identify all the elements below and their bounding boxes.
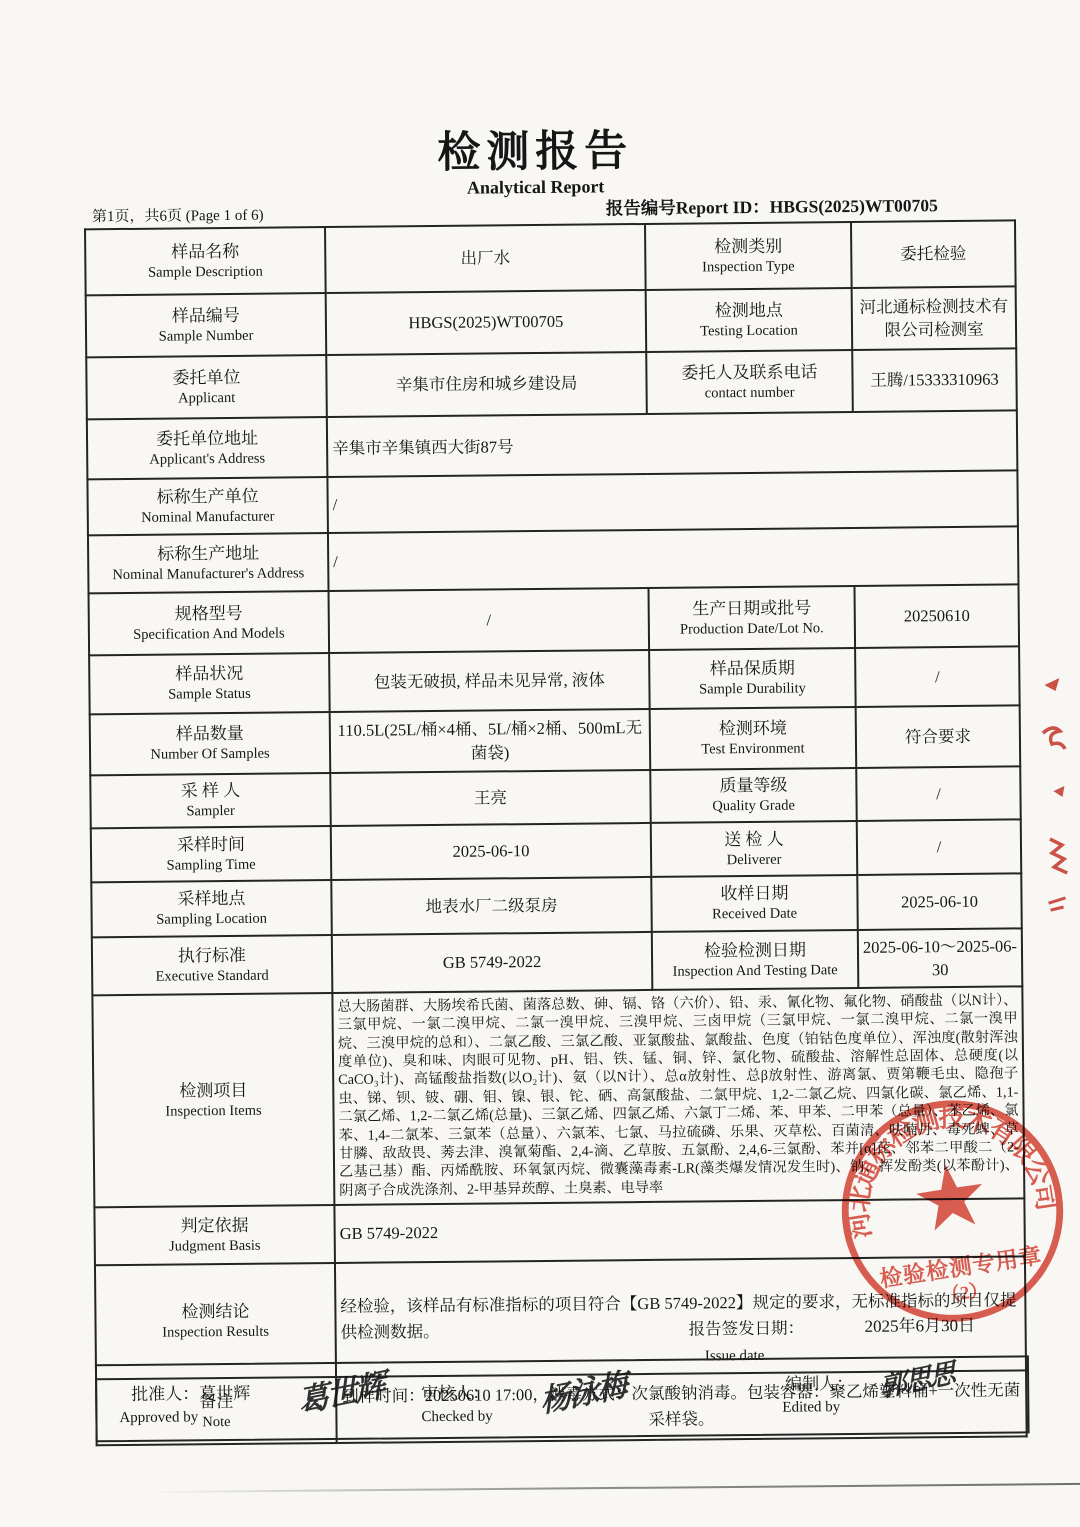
company-seal-stamp: 河北通标检测技术有限公司 检验检测专用章 （2） [819,1078,1080,1344]
label-cn: 样品编号 [91,304,321,329]
label-en: Sample Status [94,685,324,705]
seal-star [913,1160,988,1233]
value-cell: 出厂水 [325,224,646,293]
editor-label-en: Edited by [782,1399,840,1417]
label-cell: 生产日期或批号 Production Date/Lot No. [648,586,855,650]
row-sampling-time: 采样时间 Sampling Time 2025-06-10 送 检 人 Deli… [91,819,1021,882]
label-cell: 样品名称 Sample Description [85,227,326,295]
approver-label: 批准人：葛世辉 [131,1379,250,1405]
label-cn: 标称生产地址 [93,542,323,567]
label-cn: 执行标准 [97,944,327,969]
value-cell: 110.5L(25L/桶×4桶、5L/桶×2桶、500mL无菌袋) [330,709,651,773]
label-en: Deliverer [656,851,852,871]
label-en: Received Date [657,905,853,925]
label-cn: 检测项目 [98,1079,328,1104]
label-cn: 样品状况 [94,662,324,687]
label-cell: 样品状况 Sample Status [89,653,330,714]
stamp-fragment [1053,786,1064,797]
label-en: Sample Durability [654,680,850,700]
label-en: Inspection Results [101,1323,331,1343]
label-cell: 样品数量 Number Of Samples [90,712,331,775]
row-nominal-manufacturer-address: 标称生产地址 Nominal Manufacturer's Address / [88,526,1019,593]
label-cell: 标称生产单位 Nominal Manufacturer [87,477,328,535]
label-cell: 执行标准 Executive Standard [92,935,333,995]
label-en: Quality Grade [656,797,852,817]
label-cell: 检测类别 Inspection Type [645,222,852,290]
label-en: Applicant [92,389,322,409]
label-cn: 规格型号 [94,602,324,627]
label-en: Inspection Type [650,258,846,278]
label-cell: 样品保质期 Sample Durability [649,648,856,709]
value-cell: GB 5749-2022 [332,932,653,993]
label-cn: 判定依据 [99,1214,329,1239]
seal-number-text: （2） [940,1280,989,1308]
label-cell: 委托人及联系电话 contact number [646,350,853,414]
label-en: Testing Location [651,322,847,342]
label-cell: 质量等级 Quality Grade [650,768,856,823]
value-cell: 2025-06-10 [331,823,652,880]
label-cn: 样品数量 [95,722,325,747]
label-cell: 采样地点 Sampling Location [91,880,332,937]
value-cell: 地表水厂二级泵房 [331,877,652,935]
value-cell: 包装无破损, 样品未见异常, 液体 [329,650,650,712]
value-cell: 王腾/15333310963 [852,348,1017,412]
label-en: Specification And Models [94,625,324,645]
value-cell: 2025-06-10 [857,873,1022,930]
value-cell: 河北通标检测技术有限公司检测室 [852,286,1017,350]
label-cn: 标称生产单位 [92,485,322,510]
label-en: Sampling Time [96,856,326,876]
label-cn: 收样日期 [656,882,852,907]
row-sample-status: 样品状况 Sample Status 包装无破损, 样品未见异常, 液体 样品保… [89,646,1020,714]
checker-label-en: Checked by [421,1408,492,1426]
label-en: Nominal Manufacturer [93,508,323,528]
label-cn: 委托人及联系电话 [651,361,847,386]
value-cell: 王亮 [330,770,650,826]
approver-signature: 葛世辉 [296,1359,386,1421]
label-cn: 检验检测日期 [657,939,853,964]
label-en: Applicant's Address [92,450,322,470]
value-cell: / [857,819,1022,875]
edge-stamp-fragments [1022,671,1080,924]
stamp-fragment [1043,728,1065,749]
label-cn: 委托单位 [91,366,321,391]
label-cell: 采样时间 Sampling Time [91,826,332,882]
label-cell: 采 样 人 Sampler [90,773,330,828]
row-applicant-address: 委托单位地址 Applicant's Address 辛集市辛集镇西大街87号 [87,410,1018,479]
row-sampling-location: 采样地点 Sampling Location 地表水厂二级泵房 收样日期 Rec… [91,873,1021,937]
report-id: 报告编号Report ID：HBGS(2025)WT00705 [606,192,938,220]
row-nominal-manufacturer: 标称生产单位 Nominal Manufacturer / [87,470,1017,535]
label-cn: 采样时间 [96,833,326,858]
label-cell: 送 检 人 Deliverer [651,821,858,877]
value-cell: / [329,588,650,653]
label-cn: 委托单位地址 [92,427,322,452]
label-cn: 检测结论 [100,1300,330,1325]
value-cell: / [856,766,1021,821]
value-cell: / [328,526,1019,591]
label-en: Judgment Basis [100,1237,330,1257]
label-cell: 检测地点 Testing Location [646,288,853,352]
value-cell: 辛集市住房和城乡建设局 [326,352,647,417]
value-cell: 辛集市辛集镇西大街87号 [327,410,1018,477]
stamp-fragment [1048,898,1065,910]
label-cn: 送 检 人 [656,828,852,853]
label-en: Sampler [96,802,326,822]
value-cell: HBGS(2025)WT00705 [326,290,647,355]
label-cell: 判定依据 Judgment Basis [94,1205,335,1265]
label-cn: 生产日期或批号 [654,597,850,622]
label-cell: 收样日期 Received Date [651,875,858,932]
issue-date-label: 报告签发日期： [688,1315,804,1342]
value-cell: / [327,470,1018,533]
label-en: Inspection Items [98,1102,328,1122]
label-cn: 样品名称 [90,240,320,265]
label-en: Test Environment [655,740,851,760]
label-cell: 委托单位 Applicant [86,355,327,419]
label-cell: 委托单位地址 Applicant's Address [87,417,328,479]
label-cn: 质量等级 [655,774,851,799]
label-cn: 采 样 人 [95,779,325,804]
label-cell: 标称生产地址 Nominal Manufacturer's Address [88,533,329,593]
checker-label: 审核人： [421,1379,489,1405]
page-number: 第1页，共6页 (Page 1 of 6) [92,204,264,227]
value-cell: 2025-06-10～2025-06-30 [858,928,1023,988]
row-sample-number: 样品编号 Sample Number HBGS(2025)WT00705 检测地… [86,286,1017,357]
row-sample-description: 样品名称 Sample Description 出厂水 检测类别 Inspect… [85,220,1016,295]
label-en: Production Date/Lot No. [654,620,850,640]
approver-label-en: Approved by [119,1409,198,1427]
row-number-of-samples: 样品数量 Number Of Samples 110.5L(25L/桶×4桶、5… [90,705,1021,775]
row-sampler: 采 样 人 Sampler 王亮 质量等级 Quality Grade / [90,766,1020,828]
label-en: Inspection And Testing Date [657,962,853,982]
label-en: contact number [652,384,848,404]
label-en: Sample Description [90,263,320,283]
scanned-report-page: 检测报告 Analytical Report 第1页，共6页 (Page 1 o… [0,0,1080,1527]
label-en: Sample Number [91,327,321,347]
label-cn: 检测类别 [650,235,846,260]
row-applicant: 委托单位 Applicant 辛集市住房和城乡建设局 委托人及联系电话 cont… [86,348,1017,419]
editor-label: 编制人： [785,1369,853,1395]
checker-signature: 杨泳梅 [538,1359,628,1421]
label-en: Executive Standard [97,967,327,987]
label-en: Nominal Manufacturer's Address [93,565,323,585]
value-cell: / [855,646,1020,707]
value-cell: 符合要求 [856,705,1021,768]
label-cell: 样品编号 Sample Number [86,293,327,357]
stamp-fragment [1044,678,1059,691]
label-cell: 检验检测日期 Inspection And Testing Date [652,930,859,990]
label-cell: 规格型号 Specification And Models [89,591,330,655]
label-cell: 检测项目 Inspection Items [92,993,334,1207]
label-cn: 样品保质期 [654,657,850,682]
row-specification: 规格型号 Specification And Models / 生产日期或批号 … [89,584,1020,655]
value-cell: 20250610 [854,584,1019,648]
signature-box: 批准人：葛世辉 Approved by 葛世辉 审核人： Checked by … [95,1355,1030,1442]
paper-sheet: 检测报告 Analytical Report 第1页，共6页 (Page 1 o… [0,0,1080,1527]
value-cell: 委托检验 [851,220,1016,288]
label-en: Number Of Samples [95,745,325,765]
label-cn: 检测地点 [651,299,847,324]
label-en: Sampling Location [97,910,327,930]
label-cell: 检测环境 Test Environment [650,707,857,770]
stamp-fragment [1050,839,1067,873]
row-executive-standard: 执行标准 Executive Standard GB 5749-2022 检验检… [92,928,1023,995]
label-cn: 采样地点 [96,887,326,912]
label-cn: 检测环境 [655,717,851,742]
editor-signature: 郭思思 [878,1351,955,1405]
